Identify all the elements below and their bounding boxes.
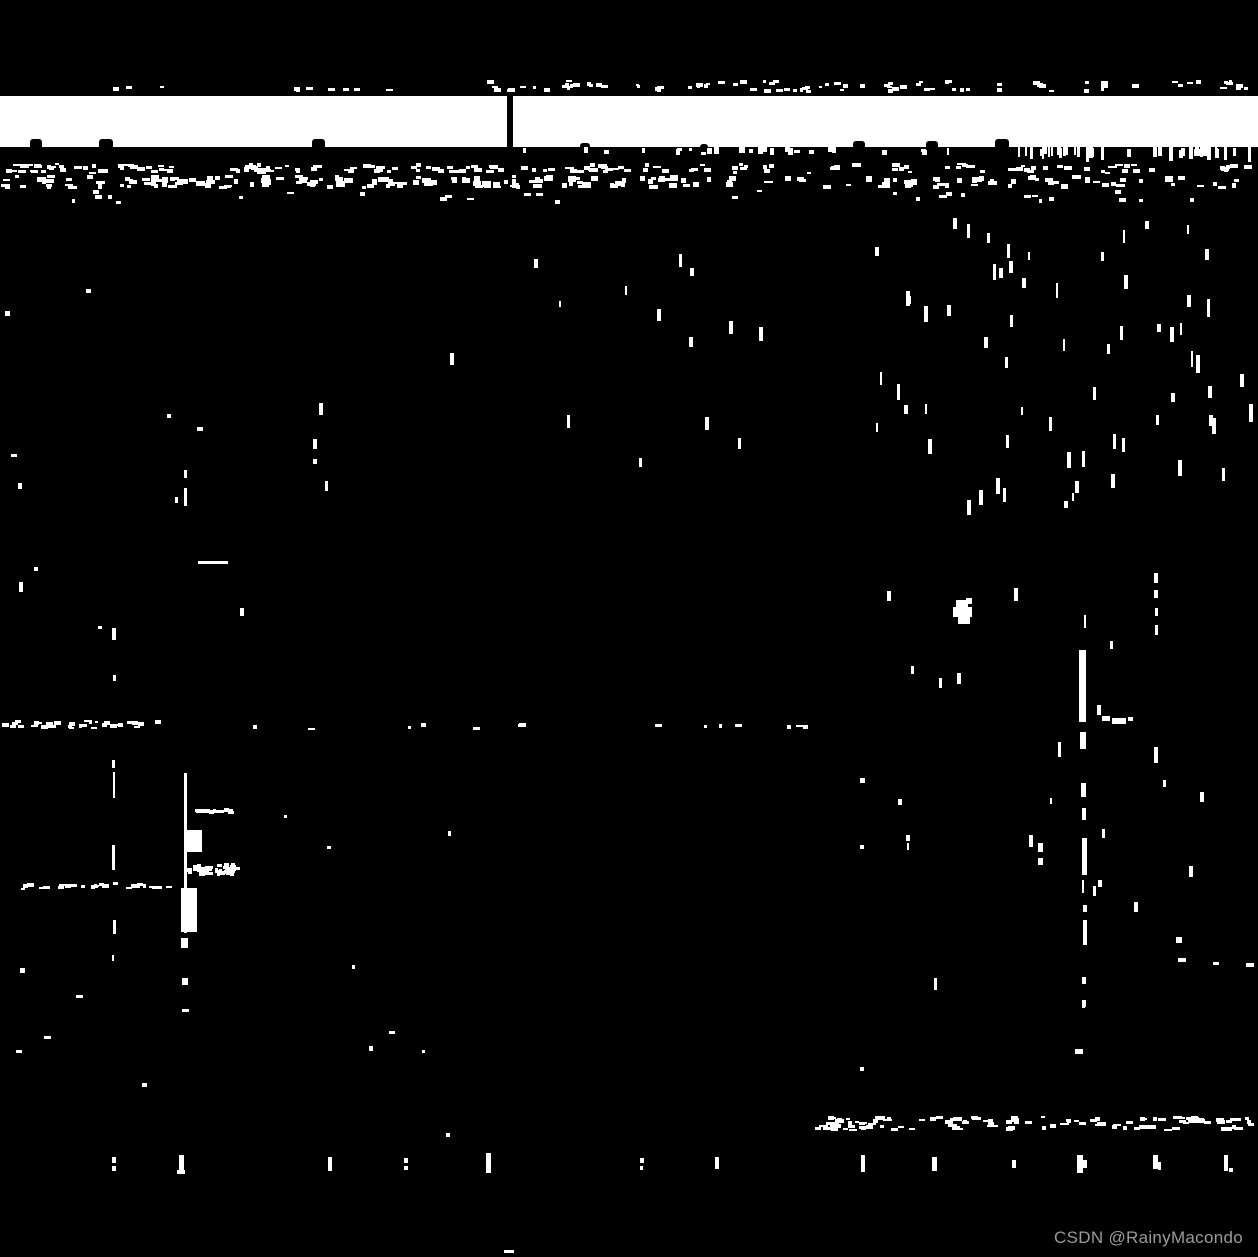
noise-dot [1016,167,1023,171]
noise-dot [1170,327,1174,342]
feature-rect [113,772,115,798]
noise-dot [776,89,783,92]
noise-dot [1165,176,1173,182]
noise-dot [1159,146,1162,153]
noise-dot [953,1117,962,1121]
noise-dot [655,87,659,91]
noise-dot [285,165,289,167]
noise-dot [387,170,391,173]
noise-dot [142,1083,147,1087]
feature-rect [1154,573,1158,583]
feature-rect [1128,717,1133,721]
noise-dot [1178,176,1185,180]
noise-dot [621,181,625,187]
noise-dot [704,725,707,728]
noise-dot [532,168,536,172]
noise-dot [690,268,694,276]
feature-rect [932,1157,937,1171]
noise-dot [937,183,945,186]
noise-dot [567,415,570,428]
noise-dot [1042,1126,1046,1130]
noise-dot [1148,1125,1156,1129]
noise-dot [963,1120,967,1123]
noise-dot [1124,164,1130,168]
noise-dot [1006,1120,1012,1124]
noise-dot [997,88,1002,92]
noise-dot [1244,165,1252,169]
noise-dot [313,165,322,168]
noise-dot [809,150,814,154]
noise-dot [892,168,898,171]
noise-dot [386,89,393,91]
noise-dot [215,176,220,180]
noise-dot [584,166,590,170]
noise-dot [876,423,878,432]
noise-dot [1059,148,1062,158]
noise-dot [462,178,470,183]
noise-dot [524,193,531,196]
noise-dot [1230,1118,1236,1120]
noise-dot [535,177,540,181]
noise-dot [1234,1127,1243,1130]
noise-dot [966,88,970,91]
feature-rect [860,845,864,849]
noise-dot [1140,1118,1147,1120]
noise-dot [413,180,419,185]
noise-dot [1,184,5,187]
noise-dot [757,190,762,192]
noise-dot [1244,87,1248,90]
noise-dot [86,289,91,293]
feature-rect [404,1158,408,1163]
noise-dot [707,148,712,154]
feature-rect [112,1166,116,1171]
noise-dot [451,177,455,180]
noise-dot [2,723,9,727]
noise-dot [570,169,577,173]
noise-dot [759,327,763,341]
noise-dot [1248,147,1251,162]
noise-dot [705,417,709,430]
noise-dot [422,1050,425,1053]
noise-dot [1149,168,1155,172]
feature-rect [1083,920,1087,945]
skyline-bump [30,139,42,147]
noise-dot [793,89,797,92]
noise-dot [352,965,355,969]
noise-dot [16,1050,22,1053]
noise-dot [994,1125,998,1127]
noise-dot [10,725,14,728]
noise-dot [306,87,313,90]
noise-dot [408,726,411,729]
noise-dot [1234,179,1239,182]
noise-dot [74,166,82,169]
noise-dot [1024,168,1030,172]
noise-dot [498,168,503,172]
noise-dot [916,197,920,201]
noise-dot [689,148,692,151]
noise-dot [957,178,962,183]
noise-dot [773,80,779,83]
feature-rect [113,920,116,934]
noise-dot [1113,434,1116,449]
noise-dot [911,666,914,674]
noise-dot [486,182,491,188]
noise-dot [831,1127,838,1131]
noise-dot [1082,451,1085,467]
noise-dot [1050,798,1052,804]
skyline-bump [700,144,708,147]
noise-dot [11,454,17,457]
noise-dot [649,185,658,189]
noise-dot [784,88,790,91]
noise-dot [1043,166,1048,170]
noise-dot [533,184,542,188]
noise-dot [908,171,912,173]
noise-dot [507,89,512,92]
noise-dot [732,196,738,199]
noise-dot [689,337,693,347]
noise-dot [1028,252,1030,260]
noise-dot [116,201,121,204]
noise-dot [1247,1120,1251,1124]
noise-dot [207,176,213,181]
noise-dot [924,88,930,91]
noise-dot [98,626,102,629]
noise-dot [1119,198,1126,202]
noise-dot [562,183,567,188]
noise-dot [225,175,233,178]
noise-dot [101,883,104,885]
noise-dot [1204,1121,1211,1124]
noise-dot [683,184,690,187]
noise-dot [1195,147,1199,156]
noise-dot [113,882,118,885]
noise-dot [31,725,38,727]
noise-dot [1082,880,1084,893]
noise-dot [669,183,677,188]
noise-dot [999,268,1003,278]
feature-rect [1075,1049,1083,1054]
feature-rect [1083,1000,1086,1007]
noise-dot [815,1127,821,1130]
noise-dot [133,886,140,888]
noise-dot [497,186,501,188]
noise-dot [1111,182,1116,186]
noise-dot [1025,1121,1032,1124]
noise-dot [168,185,177,188]
noise-dot [1123,230,1125,243]
feature-rect [1246,963,1254,967]
noise-dot [87,175,93,179]
noise-dot [1101,85,1108,88]
noise-dot [925,404,927,414]
noise-dot [559,301,561,307]
noise-dot [1064,501,1068,508]
noise-dot [939,195,943,198]
noise-dot [1220,166,1225,170]
noise-dot [679,254,682,267]
noise-dot [1178,460,1182,476]
noise-dot [177,179,183,185]
noise-dot [891,1128,898,1131]
feature-rect [1082,977,1086,984]
noise-dot [1132,84,1139,88]
noise-dot [18,725,24,728]
feature-rect [182,978,188,985]
noise-dot [516,185,520,189]
noise-dot [1191,351,1193,367]
noise-dot [960,88,964,92]
noise-dot [1115,164,1123,166]
noise-dot [276,177,284,180]
noise-dot [887,591,891,601]
noise-dot [691,168,698,171]
skyline-bump [853,141,865,147]
noise-dot [227,809,230,811]
feature-rect [1229,1168,1233,1172]
noise-dot [1093,181,1100,183]
noise-dot [831,1122,839,1125]
noise-dot [504,180,508,184]
noise-dot [20,185,26,188]
noise-dot [688,86,692,89]
noise-dot [1061,184,1068,189]
noise-dot [544,88,550,92]
noise-dot [46,184,52,187]
noise-dot [1196,355,1200,373]
feature-rect [1213,962,1219,965]
noise-dot [993,264,996,280]
noise-dot [446,1133,450,1137]
noise-dot [92,164,96,168]
noise-dot [510,185,515,187]
feature-rect [861,1155,865,1172]
noise-dot [884,84,889,87]
skyline-bump [995,139,1009,147]
noise-dot [1107,344,1110,354]
noise-dot [284,815,287,818]
noise-dot [904,165,909,169]
noise-dot [967,500,971,515]
noise-dot [1101,147,1104,160]
feature-rect [181,938,188,948]
noise-dot [518,724,522,727]
noise-dot [928,439,932,454]
noise-dot [880,372,882,385]
noise-dot [1139,179,1143,183]
noise-dot [1049,417,1052,431]
noise-dot [1045,178,1053,182]
noise-dot [1139,1125,1146,1129]
noise-dot [113,87,119,91]
feature-rect [715,1157,719,1169]
noise-dot [34,567,38,571]
feature-rect [112,955,114,961]
noise-dot [732,166,738,170]
noise-dot [543,169,547,172]
noise-dot [1014,588,1018,601]
noise-dot [60,168,66,172]
noise-dot [1197,185,1204,187]
noise-dot [1226,1120,1232,1123]
noise-dot [800,88,803,92]
noise-dot [1171,393,1175,402]
noise-dot [764,181,773,183]
noise-dot [770,148,774,155]
noise-dot [893,178,897,182]
noise-dot [1157,324,1161,332]
noise-dot [930,1117,936,1121]
noise-dot [898,799,902,805]
noise-dot [676,149,680,155]
noise-dot [601,85,608,88]
noise-dot [846,184,851,186]
noise-dot [1072,175,1081,179]
noise-dot [41,170,46,173]
noise-dot [1127,149,1131,157]
noise-dot [799,179,806,182]
noise-dot [1218,186,1226,189]
noise-dot [195,809,202,812]
feature-rect [404,1166,408,1170]
noise-dot [520,86,526,88]
noise-dot [897,384,900,400]
noise-dot [785,176,791,181]
noise-dot [1030,147,1033,159]
noise-dot [328,88,335,91]
noise-dot [664,169,669,173]
feature-rect [1178,958,1186,962]
noise-dot [997,83,1002,86]
noise-dot [354,88,360,91]
noise-dot [244,167,252,169]
csdn-watermark: CSDN @RainyMacondo [1054,1228,1243,1248]
noise-dot [196,181,205,186]
feature-rect [1082,808,1086,820]
noise-dot [1216,1118,1224,1122]
noise-dot [1205,249,1209,260]
noise-dot [59,165,64,168]
noise-dot [1183,1122,1189,1124]
noise-dot [945,80,949,84]
noise-dot [670,175,678,181]
feature-rect [112,760,115,768]
noise-dot [866,176,872,182]
noise-dot [1164,1129,1172,1131]
noise-dot [610,183,614,188]
noise-dot [591,176,598,181]
noise-dot [308,728,315,730]
noise-dot [907,843,909,850]
noise-dot [1196,80,1201,84]
noise-dot [108,195,112,199]
noise-dot [68,186,77,189]
noise-dot [416,169,420,172]
noise-dot [733,171,737,174]
noise-dot [939,678,942,688]
noise-dot [740,80,747,84]
noise-dot [143,884,146,888]
noise-dot [961,193,965,197]
noise-dot [859,1122,865,1125]
noise-dot [232,865,235,870]
noise-dot [957,673,961,684]
noise-dot [1028,176,1032,180]
noise-dot [399,182,407,185]
noise-dot [1018,146,1020,157]
noise-dot [1093,387,1096,400]
noise-dot [1179,150,1183,158]
noise-dot [758,147,763,154]
noise-dot [70,884,77,887]
feature-rect [1154,590,1158,598]
feature-rect [112,628,116,640]
noise-dot [127,185,131,188]
noise-dot [30,170,38,172]
noise-dot [706,83,710,85]
noise-dot [1139,199,1143,202]
noise-dot [739,163,743,166]
noise-dot [763,80,766,83]
feature-rect [1038,858,1043,865]
noise-dot [260,168,268,172]
noise-dot [1171,183,1175,186]
noise-dot [257,163,261,167]
feature-rect [112,1157,116,1163]
noise-dot [1006,1127,1013,1131]
noise-dot [1031,166,1036,170]
noise-dot [701,152,706,155]
noise-dot [729,321,733,334]
feature-rect [177,1170,185,1174]
noise-dot [1178,84,1183,87]
noise-dot [95,721,98,723]
noise-dot [1105,172,1110,174]
noise-dot [1005,357,1008,368]
noise-dot [219,186,227,189]
noise-dot [972,1117,981,1120]
noise-dot [45,726,52,728]
noise-dot [1208,386,1212,398]
noise-dot [1084,167,1090,171]
noise-dot [15,175,19,178]
noise-dot [1101,1122,1106,1126]
noise-dot [487,80,494,84]
noise-dot [1232,183,1236,188]
noise-dot [262,181,268,186]
noise-dot [205,866,212,869]
feature-rect [1224,1155,1228,1171]
noise-dot [188,871,192,874]
noise-dot [1213,182,1217,186]
feature-rect [240,608,244,616]
noise-dot [852,163,861,167]
noise-dot [1064,166,1072,170]
noise-dot [1108,166,1117,168]
noise-dot [1102,829,1105,838]
noise-dot [471,165,478,168]
noise-dot [846,1118,850,1120]
noise-dot [158,165,164,167]
noise-dot [947,305,951,316]
noise-dot [152,886,156,889]
noise-dot [253,725,257,729]
noise-dot [98,184,102,189]
noise-dot [126,86,132,89]
noise-dot [1084,615,1086,628]
